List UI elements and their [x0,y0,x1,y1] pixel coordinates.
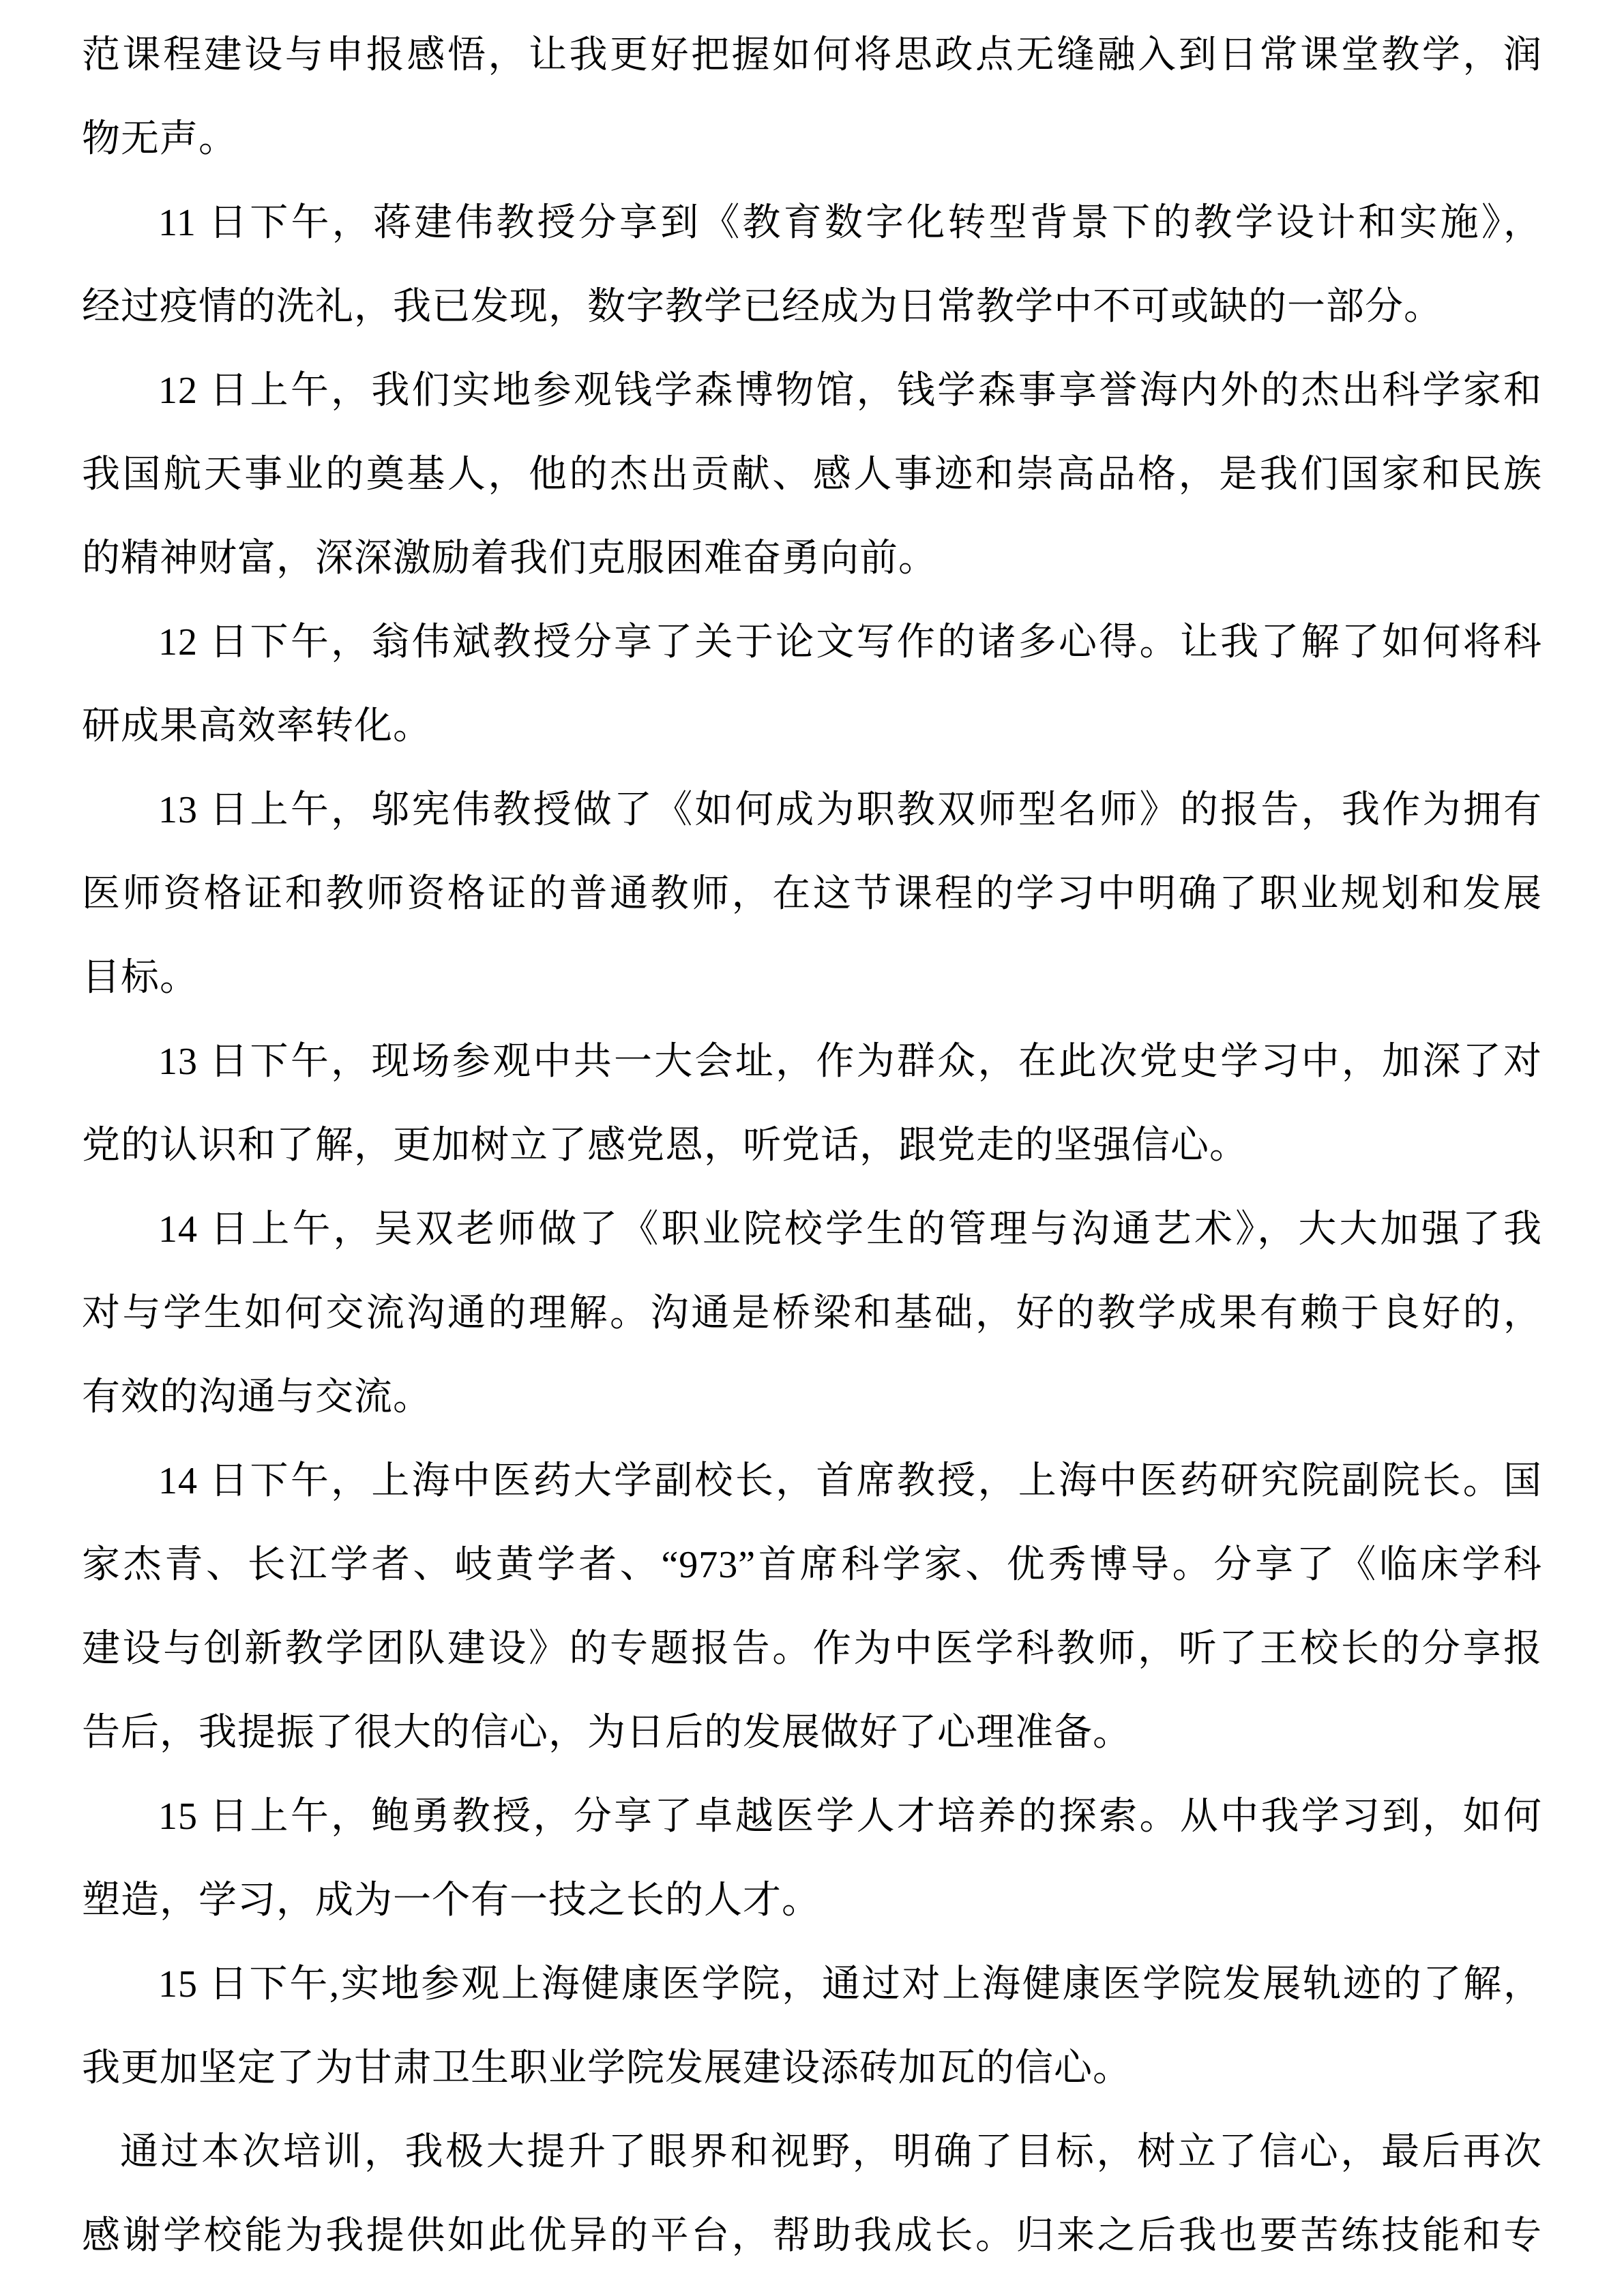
text-line: 15 日下午,实地参观上海健康医学院，通过对上海健康医学院发展轨迹的了解， [82,1943,1542,2027]
document-page: 范课程建设与申报感悟，让我更好把握如何将思政点无缝融入到日常课堂教学，润物无声。… [0,0,1624,2296]
text-line: 范课程建设与申报感悟，让我更好把握如何将思政点无缝融入到日常课堂教学，润 [82,14,1542,98]
text-line: 告后，我提振了很大的信心，为日后的发展做好了心理准备。 [82,1691,1542,1775]
text-line: 我国航天事业的奠基人，他的杰出贡献、感人事迹和崇高品格，是我们国家和民族 [82,433,1542,517]
text-line: 通过本次培训，我极大提升了眼界和视野，明确了目标，树立了信心，最后再次 [82,2111,1542,2194]
text-line: 13 日下午，现场参观中共一大会址，作为群众，在此次党史学习中，加深了对 [82,1020,1542,1104]
text-line: 塑造，学习，成为一个有一技之长的人才。 [82,1859,1542,1943]
text-line: 医师资格证和教师资格证的普通教师，在这节课程的学习中明确了职业规划和发展 [82,852,1542,936]
text-line: 物无声。 [82,98,1542,181]
text-line: 15 日上午，鲍勇教授，分享了卓越医学人才培养的探索。从中我学习到，如何 [82,1775,1542,1859]
text-line: 经过疫情的洗礼，我已发现，数字教学已经成为日常教学中不可或缺的一部分。 [82,265,1542,349]
text-line: 14 日上午，吴双老师做了《职业院校学生的管理与沟通艺术》，大大加强了我 [82,1188,1542,1272]
text-line: 我更加坚定了为甘肃卫生职业学院发展建设添砖加瓦的信心。 [82,2027,1542,2111]
text-line: 有效的沟通与交流。 [82,1356,1542,1440]
document-body: 范课程建设与申报感悟，让我更好把握如何将思政点无缝融入到日常课堂教学，润物无声。… [82,14,1542,2278]
text-line: 13 日上午，邬宪伟教授做了《如何成为职教双师型名师》的报告，我作为拥有 [82,769,1542,852]
text-line: 11 日下午，蒋建伟教授分享到《教育数字化转型背景下的教学设计和实施》， [82,181,1542,265]
text-line: 12 日上午，我们实地参观钱学森博物馆，钱学森事享誉海内外的杰出科学家和 [82,349,1542,433]
text-line: 建设与创新教学团队建设》的专题报告。作为中医学科教师，听了王校长的分享报 [82,1607,1542,1691]
text-line: 感谢学校能为我提供如此优异的平台，帮助我成长。归来之后我也要苦练技能和专 [82,2194,1542,2278]
text-line: 12 日下午，翁伟斌教授分享了关于论文写作的诸多心得。让我了解了如何将科 [82,601,1542,685]
text-line: 的精神财富，深深激励着我们克服困难奋勇向前。 [82,517,1542,601]
text-line: 目标。 [82,936,1542,1020]
text-line: 研成果高效率转化。 [82,685,1542,769]
text-line: 对与学生如何交流沟通的理解。沟通是桥梁和基础，好的教学成果有赖于良好的， [82,1272,1542,1356]
text-line: 14 日下午，上海中医药大学副校长，首席教授，上海中医药研究院副院长。国 [82,1440,1542,1523]
text-line: 家杰青、长江学者、岐黄学者、“973”首席科学家、优秀博导。分享了《临床学科 [82,1523,1542,1607]
text-line: 党的认识和了解，更加树立了感党恩，听党话，跟党走的坚强信心。 [82,1104,1542,1188]
